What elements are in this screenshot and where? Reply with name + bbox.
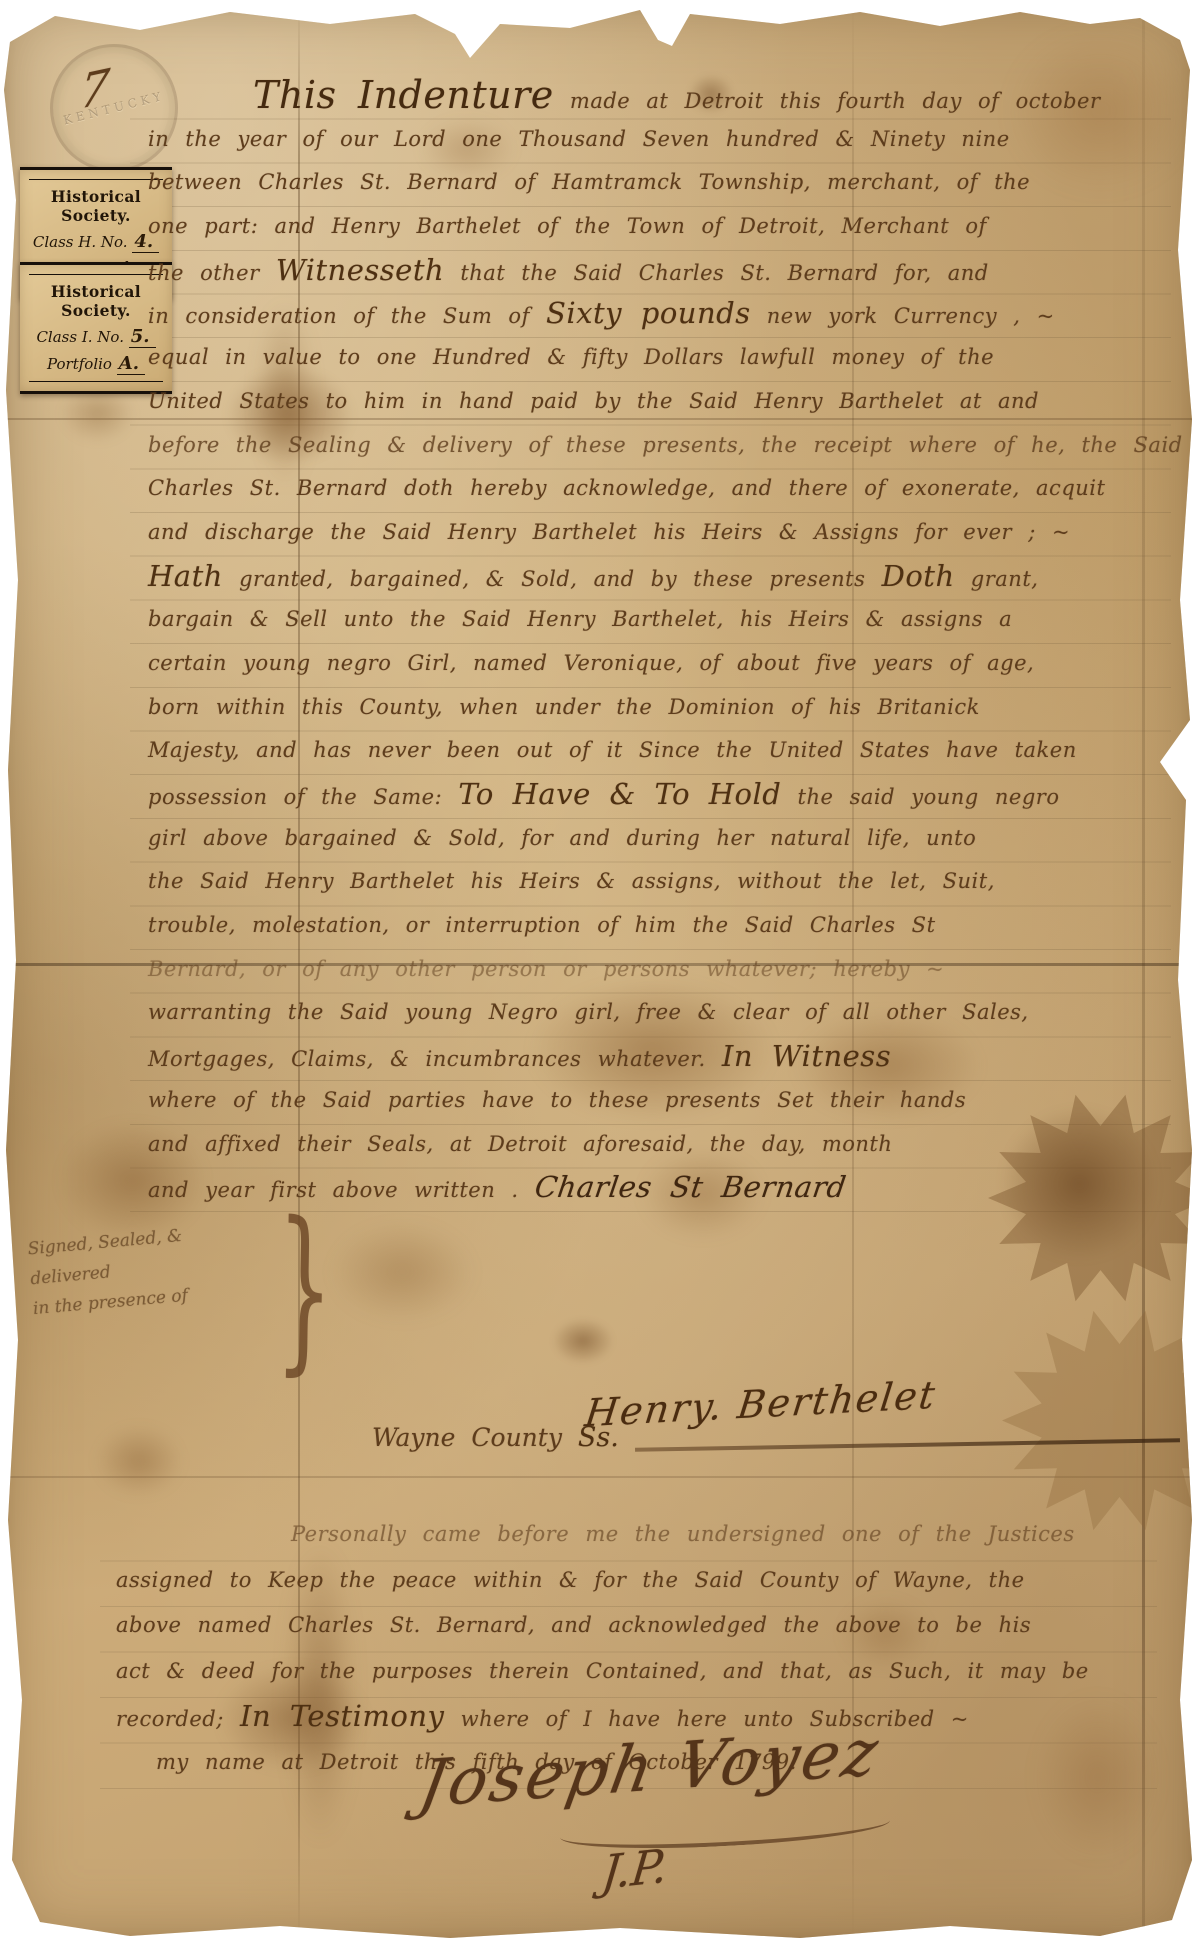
margin-brace: }	[275, 1198, 335, 1380]
handwritten-line: girl above bargained & Sold, for and dur…	[148, 817, 1172, 861]
handwritten-line: Hath granted, bargained, & Sold, and by …	[148, 555, 1172, 599]
handwritten-line: possession of the Same: To Have & To Hol…	[148, 773, 1172, 817]
handwritten-line: trouble, molestation, or interruption of…	[148, 904, 1172, 948]
handwritten-line: Majesty, and has never been out of it Si…	[148, 729, 1172, 773]
label-rule	[29, 274, 163, 275]
handwritten-line: certain young negro Girl, named Veroniqu…	[148, 642, 1172, 686]
handwritten-line: assigned to Keep the peace within & for …	[116, 1558, 1156, 1604]
handwritten-line: This Indenture made at Detroit this four…	[148, 74, 1172, 118]
handwritten-line: act & deed for the purposes therein Cont…	[116, 1649, 1156, 1695]
stain	[330, 1222, 475, 1322]
handwritten-line: before the Sealing & delivery of these p…	[148, 424, 1172, 468]
handwritten-line: bargain & Sell unto the Said Henry Barth…	[148, 598, 1172, 642]
henry-berthelet-signature: Henry. Berthelet	[583, 1373, 940, 1436]
label-rule	[29, 179, 163, 180]
margin-note: Signed, Sealed, & delivered in the prese…	[27, 1214, 269, 1324]
handwritten-line: one part: and Henry Barthelet of the Tow…	[148, 205, 1172, 249]
handwritten-line: Wayne County Ss.	[372, 1422, 619, 1453]
stain	[552, 1318, 614, 1364]
indenture-body-text: This Indenture made at Detroit this four…	[148, 74, 1172, 1210]
handwritten-line: United States to him in hand paid by the…	[148, 380, 1172, 424]
document-paper: KENTUCKY 7 Historical Society. Class H. …	[0, 0, 1197, 1943]
handwritten-line: in consideration of the Sum of Sixty pou…	[148, 292, 1172, 336]
handwritten-line: Bernard, or of any other person or perso…	[148, 948, 1172, 992]
handwritten-line: the other Witnesseth that the Said Charl…	[148, 249, 1172, 293]
handwritten-line: the Said Henry Barthelet his Heirs & ass…	[148, 860, 1172, 904]
handwritten-line: above named Charles St. Bernard, and ack…	[116, 1603, 1156, 1649]
handwritten-line: and discharge the Said Henry Barthelet h…	[148, 511, 1172, 555]
pinked-seal-stain	[1002, 1308, 1197, 1533]
label-rule	[29, 381, 163, 382]
jp-initials: J.P.	[599, 1838, 670, 1900]
handwritten-line: where of the Said parties have to these …	[148, 1079, 1172, 1123]
handwritten-line: in the year of our Lord one Thousand Sev…	[148, 118, 1172, 162]
stain	[95, 1425, 183, 1497]
label-portfolio-value: A.	[117, 353, 145, 375]
label-class-prefix: Class I. No.	[36, 328, 124, 346]
handwritten-line: between Charles St. Bernard of Hamtramck…	[148, 161, 1172, 205]
wayne-county-ss: Wayne County Ss.	[372, 1422, 619, 1453]
handwritten-line: Personally came before me the undersigne…	[116, 1512, 1156, 1558]
handwritten-line: warranting the Said young Negro girl, fr…	[148, 991, 1172, 1035]
handwritten-line: born within this County, when under the …	[148, 686, 1172, 730]
handwritten-line: and affixed their Seals, at Detroit afor…	[148, 1123, 1172, 1167]
handwritten-line: equal in value to one Hundred & fifty Do…	[148, 336, 1172, 380]
handwritten-line: Mortgages, Claims, & incumbrances whatev…	[148, 1035, 1172, 1079]
handwritten-line: Charles St. Bernard doth hereby acknowle…	[148, 467, 1172, 511]
label-class-prefix: Class H. No.	[33, 233, 128, 251]
pen-stroke	[635, 1438, 1180, 1452]
horizontal-fold-crease	[0, 1476, 1197, 1478]
label-portfolio-prefix: Portfolio	[47, 355, 112, 373]
